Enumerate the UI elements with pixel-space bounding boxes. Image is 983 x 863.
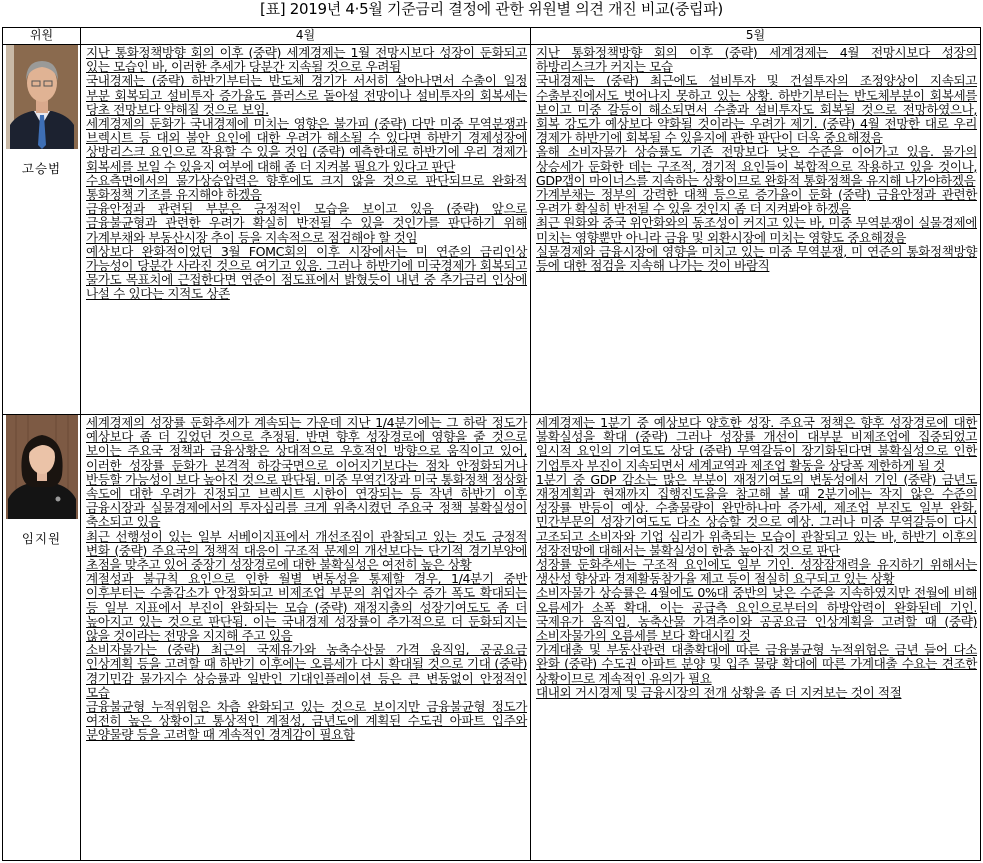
- member-photo-female: [6, 415, 78, 519]
- header-member: 위원: [3, 28, 81, 45]
- opinion-paragraph: 최근 원화와 중국 위안화와의 동조성이 커지고 있는 바, 미중 무역분쟁이 …: [536, 216, 977, 244]
- opinion-paragraph: 대내외 거시경제 및 금융시장의 전개 상황을 좀 더 지켜보는 것이 적절: [536, 686, 977, 700]
- opinion-paragraph: 국내경제는 (중략) 최근에도 설비투자 및 건설투자의 조정양상이 지속되고 …: [536, 74, 977, 145]
- opinion-paragraph: 최근 선행성이 있는 일부 서베이지표에서 개선조짐이 관찰되고 있는 것도 긍…: [86, 530, 527, 573]
- opinion-paragraph: 금융안정과 관련된 부분은 긍정적인 모습을 보이고 있음 (중략) 앞으로 금…: [86, 202, 527, 245]
- header-may: 5월: [531, 28, 981, 45]
- opinion-paragraph: 1분기 중 GDP 감소는 많은 부분이 재정기여도의 변동성에서 기인 (중략…: [536, 473, 977, 558]
- member-photo-male: [6, 45, 78, 149]
- member-cell: 고승범: [3, 45, 81, 415]
- opinion-paragraph: 소비자물가는 (중략) 최근의 국제유가와 농축수산물 가격 움직임, 공공요금…: [86, 643, 527, 700]
- opinion-paragraph: 세계경제의 둔화가 국내경제에 미치는 영향은 불가피 (중략) 다만 미중 무…: [86, 117, 527, 174]
- portrait-icon: [6, 415, 78, 519]
- opinion-paragraph: 올해 소비자물가 상승률도 기존 전망보다 낮은 수준을 이어가고 있음. 물가…: [536, 145, 977, 188]
- table-row: 임지원 세계경제의 성장률 둔화추세가 계속되는 가운데 지난 1/4분기에는 …: [3, 415, 981, 861]
- opinion-paragraph: 세계경제는 1분기 중 예상보다 양호한 성장. 주요국 정책은 향후 성장경로…: [536, 416, 977, 473]
- portrait-icon: [6, 45, 78, 149]
- member-cell: 임지원: [3, 415, 81, 861]
- opinion-paragraph: 국내경제는 (중략) 하반기부터는 반도체 경기가 서서히 살아나면서 수출이 …: [86, 74, 527, 117]
- opinion-paragraph: 지난 통화정책방향 회의 이후 (중략) 세계경제는 4월 전망시보다 성장의 …: [536, 46, 977, 74]
- table-header-row: 위원 4월 5월: [3, 28, 981, 45]
- opinion-paragraph: 성장률 둔화추세는 구조적 요인에도 일부 기인. 성장잠재력을 유지하기 위해…: [536, 558, 977, 586]
- opinion-paragraph: 계절성과 불규칙 요인으로 인한 월별 변동성을 통제할 경우, 1/4분기 중…: [86, 572, 527, 643]
- opinion-paragraph: 세계경제의 성장률 둔화추세가 계속되는 가운데 지난 1/4분기에는 그 하락…: [86, 416, 527, 530]
- table-title: [표] 2019년 4·5월 기준금리 결정에 관한 위원별 의견 개진 비교(…: [0, 0, 983, 22]
- opinion-paragraph: 소비자물가 상승률은 4월에도 0%대 중반의 낮은 수준을 지속하였지만 전월…: [536, 586, 977, 643]
- table-row: 고승범 지난 통화정책방향 회의 이후 (중략) 세계경제는 1월 전망시보다 …: [3, 45, 981, 415]
- opinion-paragraph: 예상보다 완화적이었던 3월 FOMC회의 이후 시장에서는 미 연준의 금리인…: [86, 245, 527, 302]
- header-april: 4월: [81, 28, 531, 45]
- opinion-paragraph: 수요측면에서의 물가상승압력은 향후에도 크지 않을 것으로 판단되므로 완화적…: [86, 174, 527, 202]
- opinion-paragraph: 실물경제와 금융시장에 영향을 미치고 있는 미중 무역분쟁, 미 연준의 통화…: [536, 245, 977, 273]
- opinion-paragraph: 지난 통화정책방향 회의 이후 (중략) 세계경제는 1월 전망시보다 성장이 …: [86, 46, 527, 74]
- opinion-paragraph: 가계부채는 정부의 강력한 대책 등으로 증가율이 둔화 (중략) 금융안정과 …: [536, 188, 977, 216]
- april-opinion-cell: 세계경제의 성장률 둔화추세가 계속되는 가운데 지난 1/4분기에는 그 하락…: [81, 415, 531, 861]
- member-name: 고승범: [3, 159, 80, 177]
- april-opinion-cell: 지난 통화정책방향 회의 이후 (중략) 세계경제는 1월 전망시보다 성장이 …: [81, 45, 531, 415]
- member-name: 임지원: [3, 529, 80, 547]
- may-opinion-cell: 지난 통화정책방향 회의 이후 (중략) 세계경제는 4월 전망시보다 성장의 …: [531, 45, 981, 415]
- opinion-paragraph: 가계대출 및 부동산관련 대출확대에 따른 금융불균형 누적위험은 금년 들어 …: [536, 643, 977, 686]
- opinion-comparison-table: 위원 4월 5월: [2, 27, 981, 861]
- opinion-paragraph: 금융불균형 누적위험은 차츰 완화되고 있는 것으로 보이지만 금융불균형 정도…: [86, 700, 527, 743]
- may-opinion-cell: 세계경제는 1분기 중 예상보다 양호한 성장. 주요국 정책은 향후 성장경로…: [531, 415, 981, 861]
